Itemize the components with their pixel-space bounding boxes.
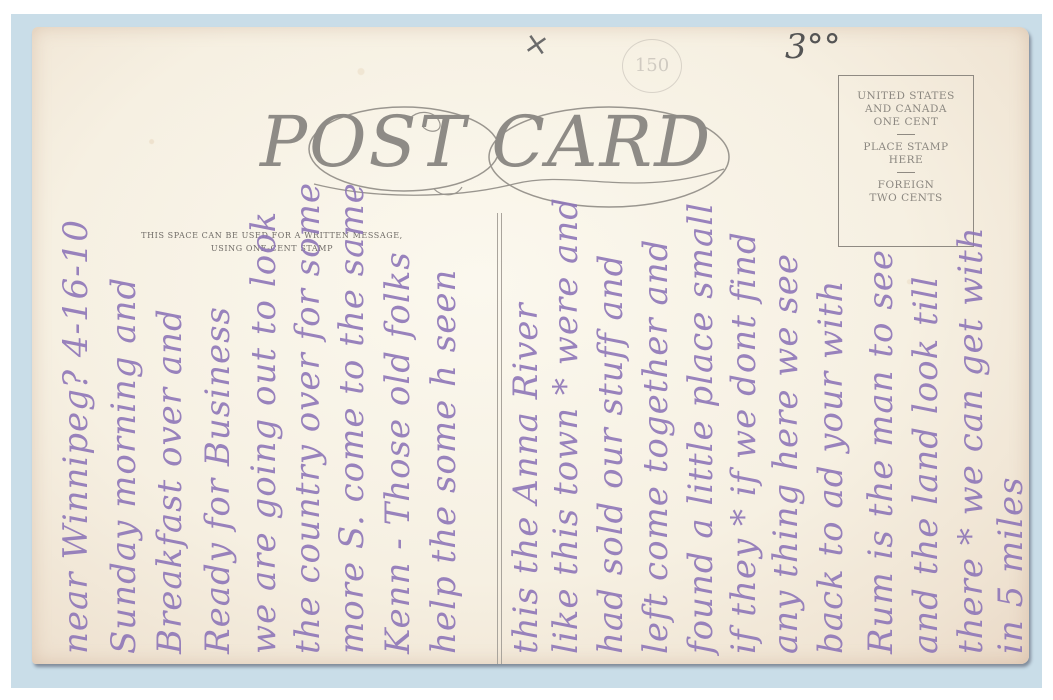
postcard-back: 150 POST CARD THIS SPACE CAN BE USED FOR… — [32, 27, 1029, 664]
pencil-price: 3°° — [785, 27, 841, 67]
handwritten-line: Breakfast over and — [150, 308, 190, 654]
handwritten-line: this the Anna River — [506, 302, 546, 654]
stamp-line: ONE CENT — [839, 116, 973, 129]
handwritten-line: there * we can get with — [951, 226, 991, 654]
handwritten-line: if they * if we dont find — [724, 231, 764, 654]
handwritten-line: the country over for some — [288, 182, 328, 654]
stamp-placement-box: UNITED STATES AND CANADA ONE CENT PLACE … — [838, 75, 974, 247]
logo-text: POST CARD — [260, 101, 712, 183]
handwritten-line: in 5 miles — [991, 476, 1029, 654]
stamp-line: PLACE STAMP — [839, 141, 973, 154]
handwritten-line: like this town * were and — [546, 197, 586, 654]
handwritten-line: Kenn - Those old folks — [378, 251, 418, 654]
handwritten-line: near Winnipeg? 4-16-10 — [56, 219, 96, 654]
handwritten-line: Sunday morning and — [104, 277, 144, 654]
handwritten-line: help the some h seen — [424, 269, 464, 654]
stamp-separator — [839, 167, 973, 179]
stamp-line: FOREIGN — [839, 179, 973, 192]
stamp-separator — [839, 129, 973, 141]
center-divider-line — [497, 213, 502, 664]
faint-circle-stamp: 150 — [622, 39, 682, 93]
pencil-x-mark: × — [521, 27, 552, 64]
handwritten-line: Rum is the man to see — [861, 249, 901, 654]
handwritten-line: back to ad your with — [811, 280, 851, 654]
handwritten-line: Ready for Business — [198, 306, 238, 654]
handwritten-line: had sold our stuff and — [591, 254, 631, 654]
stamp-line: TWO CENTS — [839, 192, 973, 205]
stamp-line: AND CANADA — [839, 103, 973, 116]
handwritten-line: found a little place small — [681, 202, 721, 654]
handwritten-line: left come together and — [636, 239, 676, 654]
stamp-line: UNITED STATES — [839, 90, 973, 103]
stamp-line: HERE — [839, 154, 973, 167]
handwritten-line: more S. come to the same — [332, 182, 372, 654]
handwritten-line: and the land look till — [906, 276, 946, 654]
handwritten-line: we are going out to look — [244, 211, 284, 654]
handwritten-line: any thing here we see — [766, 253, 806, 654]
